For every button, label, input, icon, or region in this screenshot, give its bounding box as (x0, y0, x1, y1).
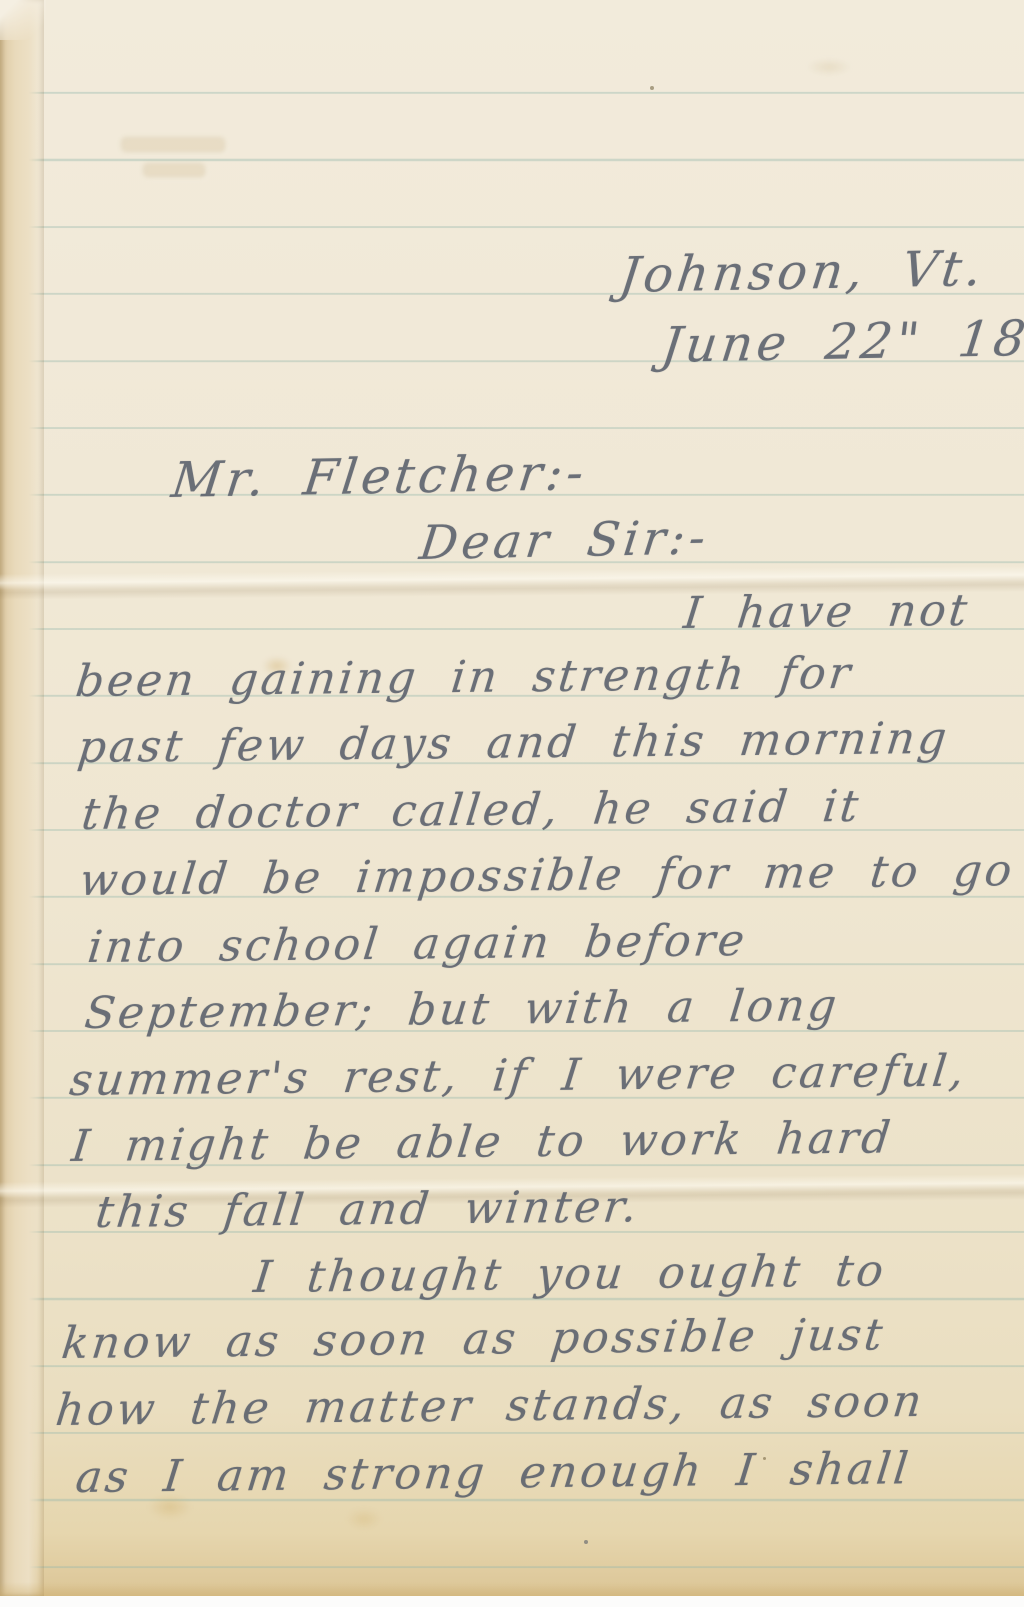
pencil-dot (584, 1540, 588, 1544)
handwriting-line: I might be able to work hard (69, 1112, 896, 1172)
embossed-stamp-row (122, 138, 226, 153)
paper-left-fold-edge (0, 0, 44, 1596)
letter-addressee: Mr. Fletcher:- (169, 444, 591, 509)
embossed-stamp-row (144, 164, 206, 178)
handwriting-line: the doctor called, he said it (79, 781, 864, 840)
handwriting-line: summer's rest, if I were careful, (67, 1046, 969, 1106)
paper-sheet: Johnson, Vt. June 22" 1887. Mr. Fletcher… (0, 0, 1024, 1596)
handwriting-line: this fall and winter. (93, 1181, 642, 1238)
handwriting-line: would be impossible for me to go (77, 845, 1017, 906)
paper-top-left-corner (0, 0, 46, 40)
paper-stain (346, 1508, 382, 1530)
handwriting-line: September; but with a long (82, 980, 842, 1039)
letter-salutation: Dear Sir:- (417, 510, 713, 571)
letter-date: June 22" 1887. (659, 308, 1024, 374)
paper-bottom-edge (0, 1582, 1024, 1596)
handwriting-line: past few days and this morning (75, 713, 952, 773)
scan-background (0, 1596, 1024, 1607)
letter-scan: Johnson, Vt. June 22" 1887. Mr. Fletcher… (0, 0, 1024, 1607)
handwriting-line: I thought you ought to (251, 1245, 889, 1303)
handwriting-line: how the matter stands, as soon (53, 1376, 927, 1436)
handwriting-line: into school again before (85, 915, 750, 973)
letter-place: Johnson, Vt. (617, 240, 989, 304)
handwriting-line: know as soon as possible just (59, 1309, 888, 1369)
handwriting-line: as I am strong enough I shall (73, 1443, 914, 1503)
paper-speck (650, 86, 654, 90)
paper-stain (806, 58, 852, 76)
handwriting-line: been gaining in strength for (73, 648, 856, 707)
handwriting-line: I have not (681, 585, 972, 639)
embossed-stamp (118, 130, 238, 192)
